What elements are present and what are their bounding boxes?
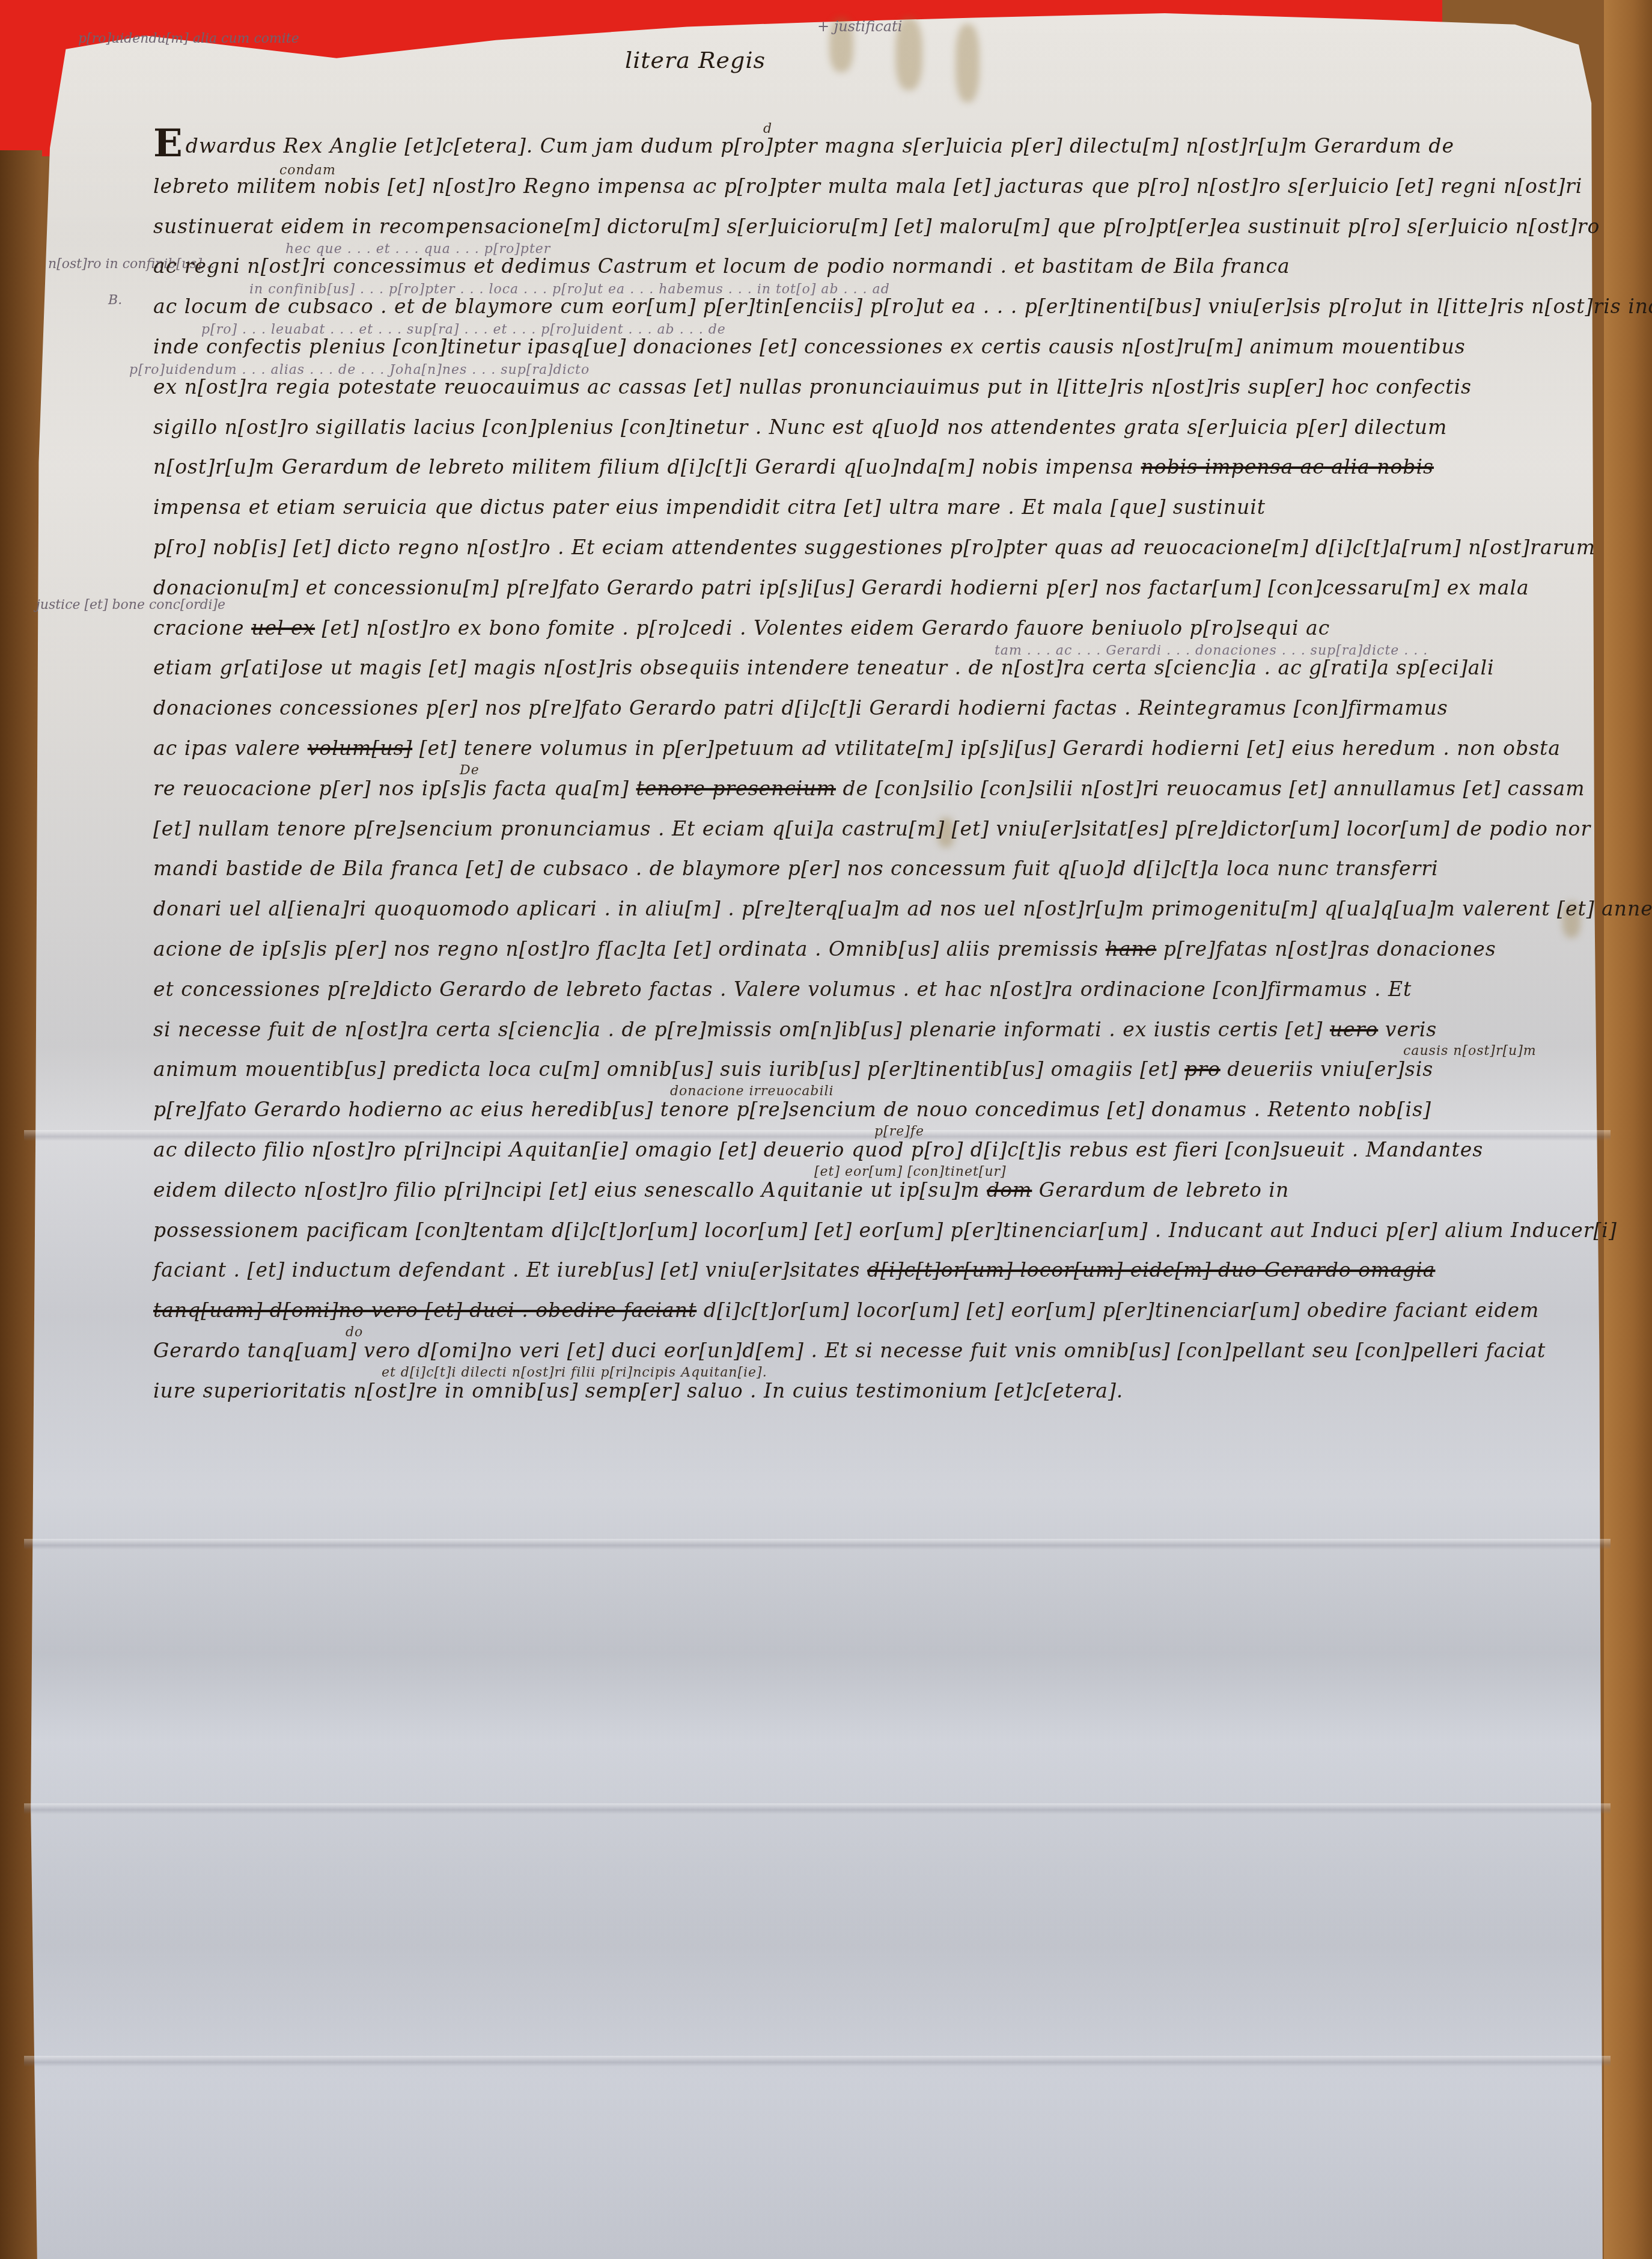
text-line-21: acione de ip[s]is p[er] nos regno n[ost]… bbox=[153, 929, 1590, 970]
text-line-19: mandi bastide de Bila franca [et] de cub… bbox=[153, 849, 1590, 889]
text-line-29: faciant . [et] inductum defendant . Et i… bbox=[153, 1250, 1590, 1291]
interlinear-addition: causis n[ost]r[u]m bbox=[1403, 1045, 1537, 1058]
text-line-24: animum mouentib[us] predicta loca cu[m] … bbox=[153, 1050, 1590, 1090]
text-line-25: p[re]fato Gerardo hodierno ac eius hered… bbox=[153, 1090, 1590, 1130]
text-line-23: si necesse fuit de n[ost]ra certa s[cien… bbox=[153, 1010, 1590, 1050]
text-line-13: cracione uel ex [et] n[ost]ro ex bono fo… bbox=[153, 608, 1590, 649]
text-line-6: inde confectis plenius [con]tinetur ipas… bbox=[153, 327, 1590, 367]
text-line-3: sustinuerat eidem in recompensacione[m] … bbox=[153, 207, 1590, 247]
text-line-14: etiam gr[ati]ose ut magis [et] magis n[o… bbox=[153, 648, 1590, 688]
struck-text: tanq[uam] d[omi]no vero [et] duci . obed… bbox=[153, 1298, 696, 1322]
brown-backing-right bbox=[1604, 0, 1652, 2259]
interlinear-addition: p[re]fe bbox=[874, 1125, 924, 1139]
interlinear-addition: tam . . . ac . . . Gerardi . . . donacio… bbox=[995, 644, 1428, 658]
text-line-27: eidem dilecto n[ost]ro filio p[ri]ncipi … bbox=[153, 1170, 1590, 1211]
interlinear-addition: hec que . . . et . . . qua . . . p[ro]pt… bbox=[285, 243, 550, 256]
text-line-4: ac regni n[ost]ri concessimus et dedimus… bbox=[153, 246, 1590, 287]
struck-text: hanc bbox=[1106, 937, 1157, 961]
text-line-5: ac locum de cubsaco . et de blaymore cum… bbox=[153, 287, 1590, 327]
text-line-8: sigillo n[ost]ro sigillatis lacius [con]… bbox=[153, 408, 1590, 448]
text-line-7: ex n[ost]ra regia potestate reuocauimus … bbox=[153, 367, 1590, 408]
interlinear-addition: d bbox=[763, 123, 772, 136]
letter-body: Edwardus Rex Anglie [et]c[etera]. Cum ja… bbox=[153, 126, 1590, 1411]
text-line-9: n[ost]r[u]m Gerardum de lebreto militem … bbox=[153, 447, 1590, 488]
interlinear-addition: p[ro]uidendum . . . alias . . . de . . .… bbox=[129, 364, 590, 377]
red-backing-board-left bbox=[0, 0, 36, 168]
interlinear-addition: in confinib[us] . . . p[ro]pter . . . lo… bbox=[249, 283, 890, 296]
text-line-20: donari uel al[iena]ri quoquomodo aplicar… bbox=[153, 889, 1590, 929]
top-note-left: p[ro]uidendu[m] alia cum comite bbox=[78, 31, 299, 46]
text-line-2: lebreto militem nobis [et] n[ost]ro Regn… bbox=[153, 167, 1590, 207]
text-line-1: Edwardus Rex Anglie [et]c[etera]. Cum ja… bbox=[153, 126, 1590, 167]
top-note-right: + justificati bbox=[817, 18, 902, 35]
text-line-16: ac ipas valere volum[us] [et] tenere vol… bbox=[153, 729, 1590, 769]
struck-text: tenore presencium bbox=[636, 777, 836, 800]
text-line-17: re reuocacione p[er] nos ip[s]is facta q… bbox=[153, 769, 1590, 809]
text-line-32: iure superioritatis n[ost]re in omnib[us… bbox=[153, 1371, 1590, 1411]
water-stain bbox=[956, 24, 980, 102]
struck-text: uel ex bbox=[251, 616, 315, 640]
struck-text: d[i]c[t]or[um] locor[um] eide[m] duo Ger… bbox=[867, 1258, 1435, 1282]
interlinear-addition: p[ro] . . . leuabat . . . et . . . sup[r… bbox=[201, 323, 726, 337]
text-line-30: tanq[uam] d[omi]no vero [et] duci . obed… bbox=[153, 1291, 1590, 1331]
interlinear-addition: De bbox=[460, 764, 480, 777]
text-line-11: p[ro] nob[is] [et] dicto regno n[ost]ro … bbox=[153, 528, 1590, 568]
struck-text: volum[us] bbox=[308, 736, 413, 760]
struck-text: pro bbox=[1184, 1057, 1221, 1081]
interlinear-addition: condam bbox=[279, 164, 336, 177]
text-line-18: [et] nullam tenore p[re]sencium pronunci… bbox=[153, 809, 1590, 849]
text-line-28: possessionem pacificam [con]tentam d[i]c… bbox=[153, 1211, 1590, 1251]
struck-text: nobis impensa ac alia nobis bbox=[1141, 455, 1434, 478]
text-line-15: donaciones concessiones p[er] nos p[re]f… bbox=[153, 688, 1590, 729]
text-line-12: donacionu[m] et concessionu[m] p[re]fato… bbox=[153, 568, 1590, 608]
struck-text: uero bbox=[1330, 1018, 1378, 1041]
text-line-10: impensa et etiam seruicia que dictus pat… bbox=[153, 488, 1590, 528]
text-line-22: et concessiones p[re]dicto Gerardo de le… bbox=[153, 970, 1590, 1010]
interlinear-addition: [et] eor[um] [con]tinet[ur] bbox=[814, 1166, 1007, 1179]
interlinear-addition: do bbox=[346, 1326, 363, 1339]
struck-text: dom bbox=[987, 1178, 1032, 1202]
document-title: litera Regis bbox=[625, 47, 766, 73]
interlinear-addition: et d[i]c[t]i dilecti n[ost]ri filii p[ri… bbox=[382, 1366, 767, 1380]
text-line-31: Gerardo tanq[uam] vero d[omi]no veri [et… bbox=[153, 1331, 1590, 1371]
margin-note: B. bbox=[108, 293, 122, 308]
decorated-initial: E bbox=[153, 121, 183, 166]
interlinear-addition: donacione irreuocabili bbox=[670, 1085, 834, 1098]
